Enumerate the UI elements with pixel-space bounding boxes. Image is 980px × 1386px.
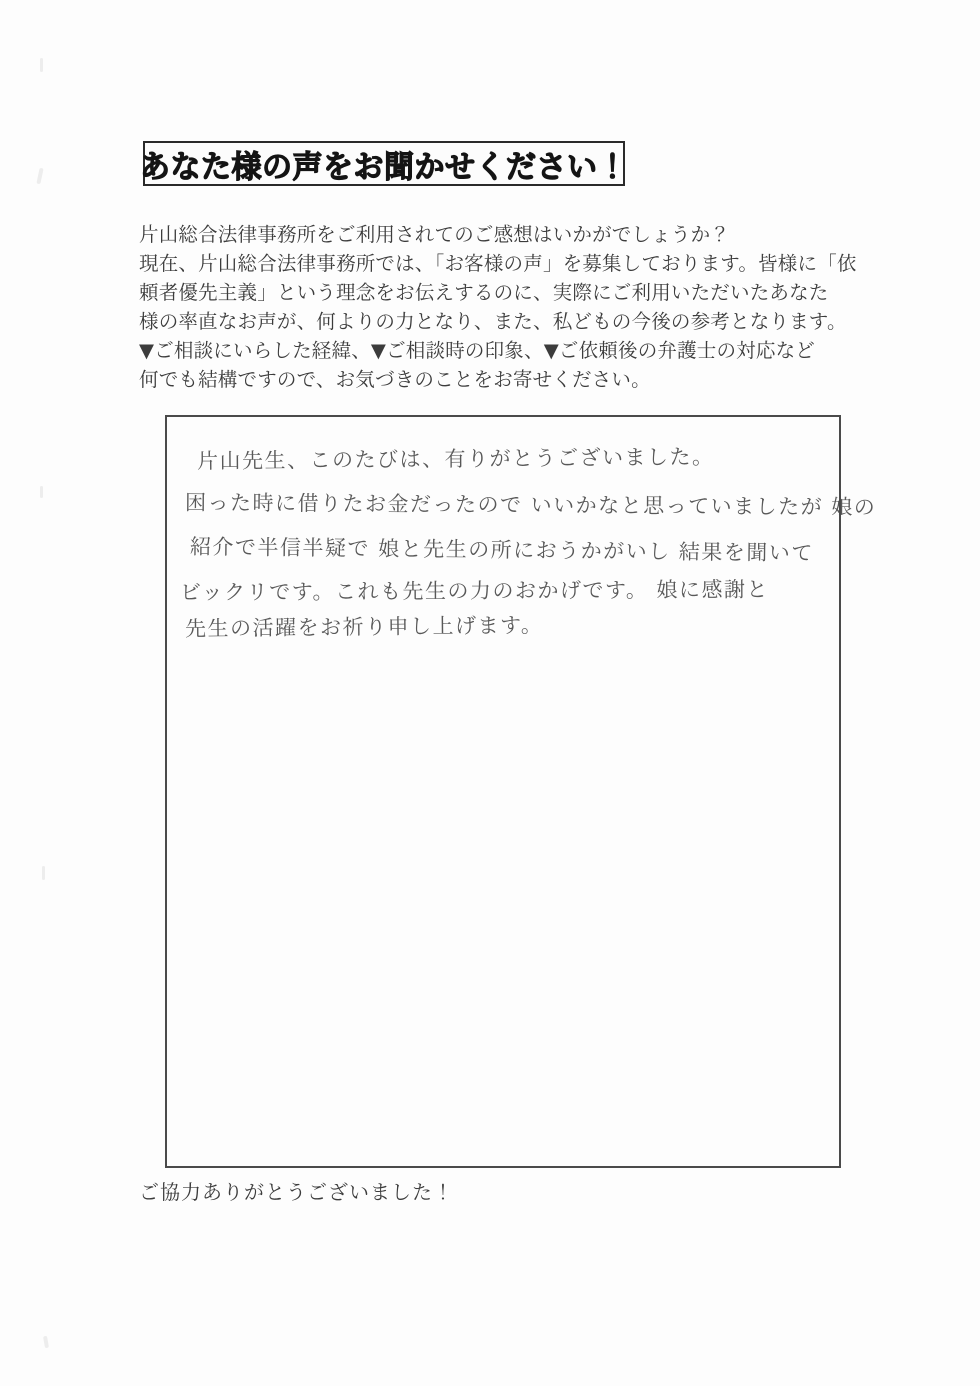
scan-artifact — [40, 58, 43, 72]
scan-artifact — [40, 486, 43, 498]
handwritten-line: 困った時に借りたお金だったので いいかなと思っていましたが 娘の — [185, 487, 877, 522]
handwritten-line: 先生の活躍をお祈り申し上げます。 — [185, 609, 544, 643]
intro-line: 様の率直なお声が、何よりの力となり、また、私どもの今後の参考となります。 — [139, 307, 879, 336]
handwritten-line: 紹介で半信半疑で 娘と先生の所におうかがいし 結果を聞いて — [190, 531, 814, 568]
intro-line: 頼者優先主義」という理念をお伝えするのに、実際にご利用いただいたあなた — [139, 278, 879, 307]
footer-thanks: ご協力ありがとうございました！ — [139, 1176, 454, 1205]
page-title-banner: あなた様の声をお聞かせください！ — [143, 141, 625, 186]
scan-artifact — [36, 168, 43, 184]
handwritten-line: 片山先生、このたびは、有りがとうございました。 — [197, 441, 715, 476]
scan-artifact — [42, 866, 45, 880]
intro-line: 片山総合法律事務所をご利用されてのご感想はいかがでしょうか？ — [139, 220, 879, 249]
page-title: あなた様の声をお聞かせください！ — [140, 141, 628, 187]
handwritten-line: ビックリです。これも先生の力のおかげです。 娘に感謝と — [180, 573, 769, 606]
scanned-feedback-document: あなた様の声をお聞かせください！ 片山総合法律事務所をご利用されてのご感想はいか… — [0, 0, 980, 1386]
intro-line: 何でも結構ですので、お気づきのことをお寄せください。 — [139, 365, 879, 394]
intro-paragraph: 片山総合法律事務所をご利用されてのご感想はいかがでしょうか？ 現在、片山総合法律… — [139, 220, 879, 394]
scan-artifact — [43, 1336, 49, 1349]
customer-comment-box: 片山先生、このたびは、有りがとうございました。 困った時に借りたお金だったので … — [165, 415, 841, 1168]
intro-line: 現在、片山総合法律事務所では、「お客様の声」を募集しております。皆様に「依 — [139, 249, 879, 278]
intro-line: ▼ご相談にいらした経緯、▼ご相談時の印象、▼ご依頼後の弁護士の対応など — [139, 336, 879, 365]
